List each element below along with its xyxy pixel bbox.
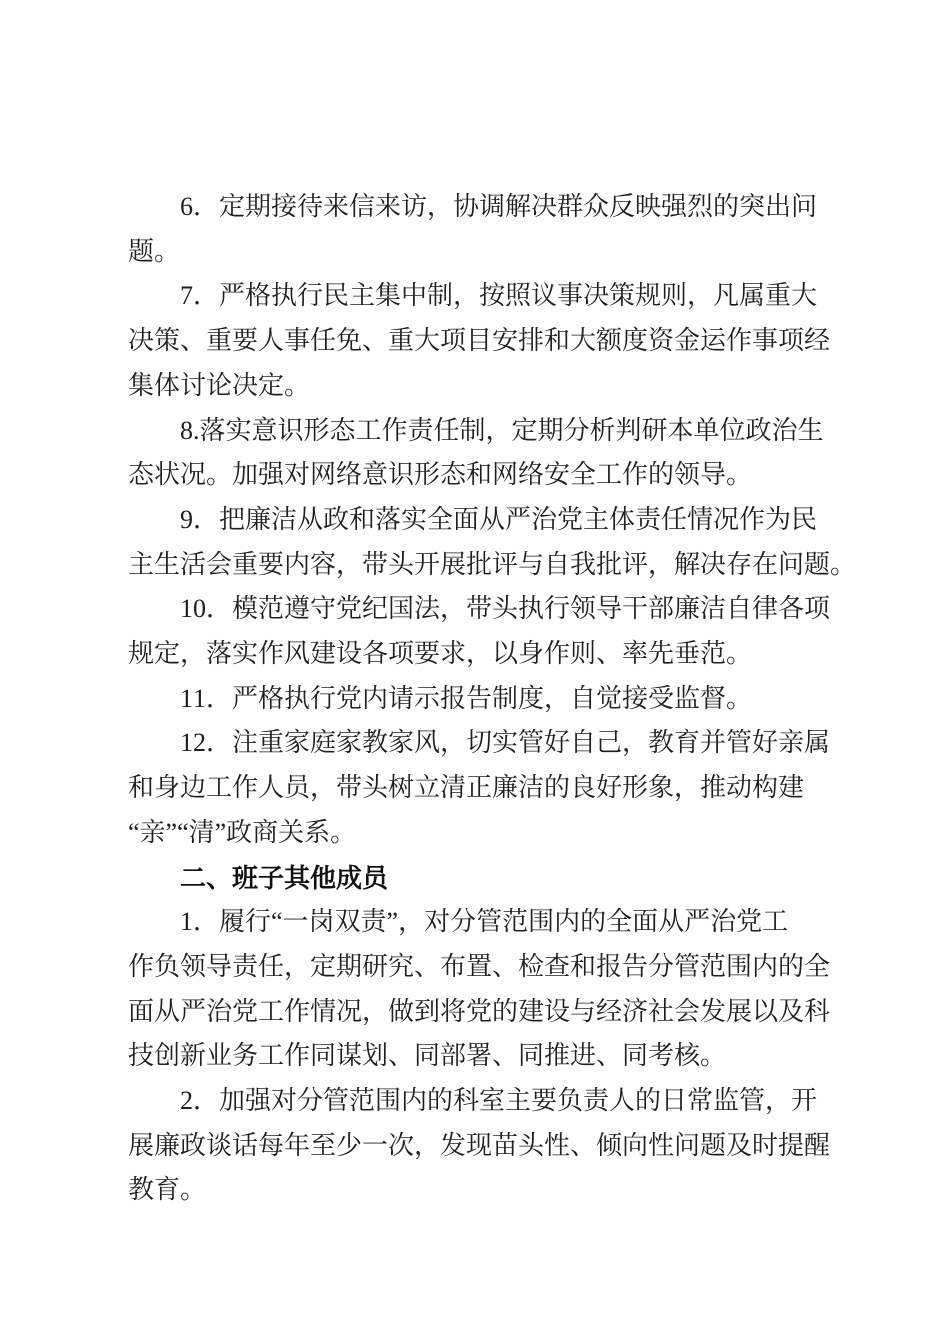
section-heading-other-team-members: 二、班子其他成员 [128,856,868,901]
numbered-item-11: 11．严格执行党内请示报告制度，自觉接受监督。 [128,677,868,722]
numbered-item-9: 9．把廉洁从政和落实全面从严治党主体责任情况作为民 主生活会重要内容，带头开展批… [128,498,868,587]
numbered-item-10: 10．模范遵守党纪国法，带头执行领导干部廉洁自律各项 规定，落实作风建设各项要求… [128,587,868,676]
numbered-item-2: 2．加强对分管范围内的科室主要负责人的日常监管，开 展廉政谈话每年至少一次，发现… [128,1079,868,1213]
numbered-item-7: 7．严格执行民主集中制，按照议事决策规则，凡属重大 决策、重要人事任免、重大项目… [128,274,868,408]
numbered-item-12: 12．注重家庭家教家风，切实管好自己，教育并管好亲属 和身边工作人员，带头树立清… [128,721,868,855]
document-page: 6．定期接待来信来访，协调解决群众反映强烈的突出问 题。 7．严格执行民主集中制… [0,0,950,1344]
numbered-item-8: 8.落实意识形态工作责任制，定期分析判研本单位政治生 态状况。加强对网络意识形态… [128,409,868,498]
numbered-item-6: 6．定期接待来信来访，协调解决群众反映强烈的突出问 题。 [128,185,868,274]
document-content: 6．定期接待来信来访，协调解决群众反映强烈的突出问 题。 7．严格执行民主集中制… [128,185,868,1213]
numbered-item-1: 1．履行“一岗双责”，对分管范围内的全面从严治党工 作负领导责任，定期研究、布置… [128,900,868,1079]
